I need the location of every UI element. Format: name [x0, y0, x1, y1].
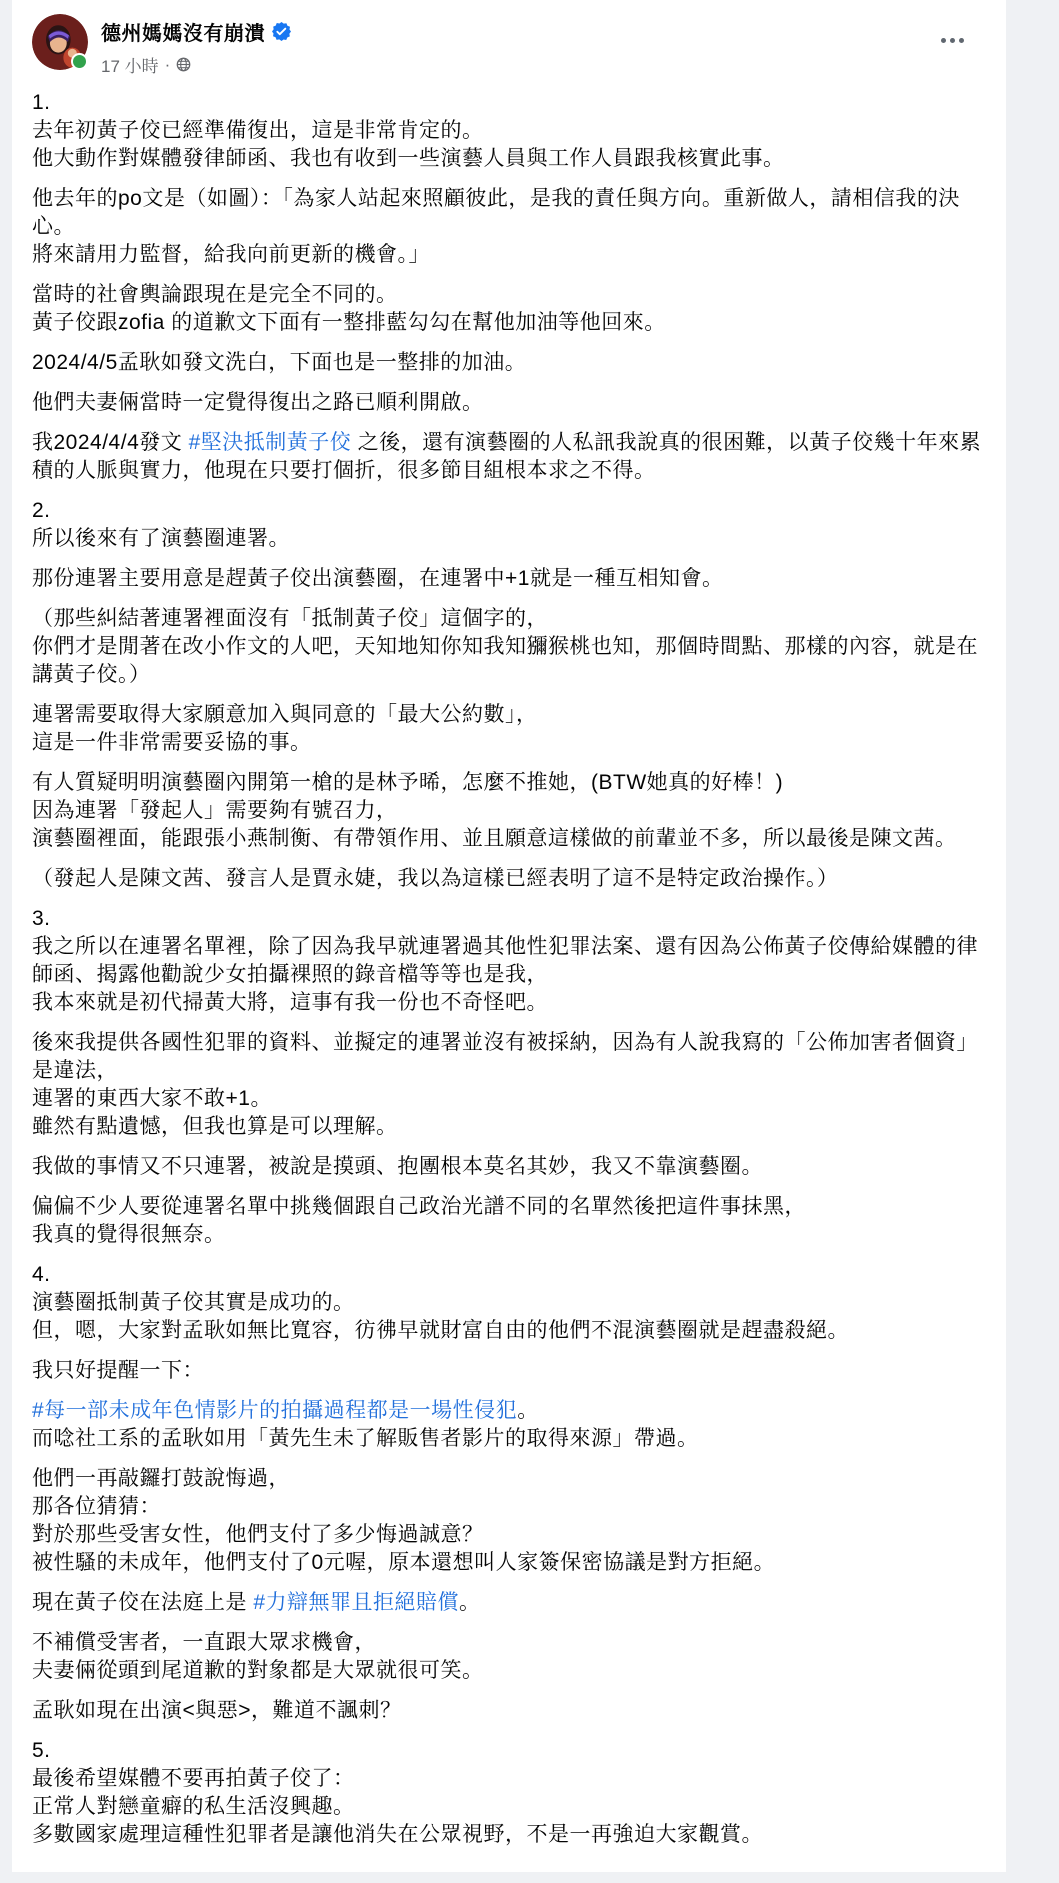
more-options-ellipsis-icon	[941, 38, 946, 43]
post-text-segment: 。	[517, 1399, 539, 1422]
post-text-segment: 多數國家處理這種性犯罪者是讓他消失在公眾視野，不是一再強迫大家觀賞。	[32, 1823, 763, 1846]
post-paragraph: 2024/4/5孟耿如發文洗白，下面也是一整排的加油。	[32, 349, 988, 377]
post-text-segment: 1.	[32, 91, 51, 114]
post-paragraph: 他們一再敲鑼打鼓說悔過，那各位猜猜：對於那些受害女性，他們支付了多少悔過誠意？被…	[32, 1465, 988, 1577]
post-paragraph: 不補償受害者，一直跟大眾求機會，夫妻倆從頭到尾道歉的對象都是大眾就很可笑。	[32, 1629, 988, 1685]
page-name[interactable]: 德州媽媽沒有崩潰	[101, 17, 265, 46]
globe-public-icon	[176, 57, 191, 72]
post-meta-row: 17 小時 ·	[101, 52, 291, 77]
post-paragraph: 2.所以後來有了演藝圈連署。	[32, 497, 988, 553]
post-text-segment: 所以後來有了演藝圈連署。	[32, 527, 290, 550]
avatar[interactable]	[32, 14, 88, 70]
post-header: 德州媽媽沒有崩潰 17 小時 ·	[12, 0, 1006, 81]
post-text-segment: 正常人對戀童癖的私生活沒興趣。	[32, 1795, 355, 1818]
post-paragraph: （發起人是陳文茜、發言人是賈永婕，我以為這樣已經表明了這不是特定政治操作。）	[32, 865, 988, 893]
post-text-segment: 我2024/4/4發文	[32, 431, 189, 454]
post-text-segment: 對於那些受害女性，他們支付了多少悔過誠意？	[32, 1523, 484, 1546]
post-text-segment: 演藝圈抵制黃子佼其實是成功的。	[32, 1291, 355, 1314]
online-green-dot	[71, 53, 88, 70]
post-text-segment: 不補償受害者，一直跟大眾求機會，	[32, 1631, 376, 1654]
post-text-segment: 當時的社會輿論跟現在是完全不同的。	[32, 283, 398, 306]
post-text-segment: 我做的事情又不只連署，被說是摸頭、抱團根本莫名其妙，我又不靠演藝圈。	[32, 1155, 763, 1178]
post-text-segment: 他大動作對媒體發律師函、我也有收到一些演藝人員與工作人員跟我核實此事。	[32, 147, 785, 170]
post-paragraph: 1.去年初黃子佼已經準備復出，這是非常肯定的。他大動作對媒體發律師函、我也有收到…	[32, 89, 988, 173]
post-paragraph: 我做的事情又不只連署，被說是摸頭、抱團根本莫名其妙，我又不靠演藝圈。	[32, 1153, 988, 1181]
post-text-segment: 這是一件非常需要妥協的事。	[32, 731, 312, 754]
post-text-segment: 5.	[32, 1739, 51, 1762]
hashtag-link[interactable]: #力辯無罪且拒絕賠償	[253, 1591, 459, 1614]
post-text-segment: 我真的覺得很無奈。	[32, 1223, 226, 1246]
post-text-segment: 3.	[32, 907, 51, 930]
post-text-segment: 雖然有點遺憾，但我也算是可以理解。	[32, 1115, 398, 1138]
post-text-segment: 被性騷的未成年，他們支付了0元喔，原本還想叫人家簽保密協議是對方拒絕。	[32, 1551, 775, 1574]
hashtag-link[interactable]: #每一部未成年色情影片的拍攝過程都是一場性侵犯	[32, 1399, 517, 1422]
post-text-segment: 偏偏不少人要從連署名單中挑幾個跟自己政治光譜不同的名單然後把這件事抹黑，	[32, 1195, 806, 1218]
more-options-button[interactable]	[935, 32, 970, 49]
post-text-segment: 那各位猜猜：	[32, 1495, 161, 1518]
post-text-segment: （那些糾結著連署裡面沒有「抵制黃子佼」這個字的，	[32, 607, 548, 630]
post-text-segment: 現在黃子佼在法庭上是	[32, 1591, 253, 1614]
post-paragraph: 孟耿如現在出演<與惡>，難道不諷刺？	[32, 1697, 988, 1725]
post-paragraph: 連署需要取得大家願意加入與同意的「最大公約數」，這是一件非常需要妥協的事。	[32, 701, 988, 757]
post-paragraph: 當時的社會輿論跟現在是完全不同的。黃子佼跟zofia 的道歉文下面有一整排藍勾勾…	[32, 281, 988, 337]
post-text-segment: 去年初黃子佼已經準備復出，這是非常肯定的。	[32, 119, 484, 142]
post-text-segment: 你們才是閒著在改小作文的人吧，天知地知你知我知獼猴桃也知，那個時間點、那樣的內容…	[32, 635, 978, 686]
post-card: 德州媽媽沒有崩潰 17 小時 ·	[12, 0, 1006, 1872]
post-text-segment: 連署的東西大家不敢+1。	[32, 1087, 272, 1110]
post-text-segment: 夫妻倆從頭到尾道歉的對象都是大眾就很可笑。	[32, 1659, 484, 1682]
post-text-segment: 他們夫妻倆當時一定覺得復出之路已順利開啟。	[32, 391, 484, 414]
post-paragraph: 他去年的po文是（如圖）：「為家人站起來照顧彼此，是我的責任與方向。重新做人，請…	[32, 185, 988, 269]
post-paragraph: 我2024/4/4發文 #堅決抵制黃子佼 之後，還有演藝圈的人私訊我說真的很困難…	[32, 429, 988, 485]
post-paragraph: 現在黃子佼在法庭上是 #力辯無罪且拒絕賠償。	[32, 1589, 988, 1617]
post-text-segment: 演藝圈裡面，能跟張小燕制衡、有帶領作用、並且願意這樣做的前輩並不多，所以最後是陳…	[32, 827, 957, 850]
post-text-segment: 。	[459, 1591, 481, 1614]
post-text-segment: 有人質疑明明演藝圈內開第一槍的是林予晞，怎麼不推她，(BTW她真的好棒！)	[32, 771, 783, 794]
post-body: 1.去年初黃子佼已經準備復出，這是非常肯定的。他大動作對媒體發律師函、我也有收到…	[12, 81, 1006, 1849]
post-text-segment: 孟耿如現在出演<與惡>，難道不諷刺？	[32, 1699, 402, 1722]
post-paragraph: 我只好提醒一下：	[32, 1357, 988, 1385]
post-text-segment: 將來請用力監督，給我向前更新的機會。」	[32, 243, 430, 266]
post-text-segment: 後來我提供各國性犯罪的資料、並擬定的連署並沒有被採納，因為有人說我寫的「公佈加害…	[32, 1031, 978, 1082]
meta-separator: ·	[165, 55, 171, 75]
page-name-row: 德州媽媽沒有崩潰	[101, 17, 291, 46]
post-text-segment: 他們一再敲鑼打鼓說悔過，	[32, 1467, 290, 1490]
post-paragraph: 他們夫妻倆當時一定覺得復出之路已順利開啟。	[32, 389, 988, 417]
post-paragraph: 5.最後希望媒體不要再拍黃子佼了：正常人對戀童癖的私生活沒興趣。多數國家處理這種…	[32, 1737, 988, 1849]
post-paragraph: 3.我之所以在連署名單裡，除了因為我早就連署過其他性犯罪法案、還有因為公佈黃子佼…	[32, 905, 988, 1017]
post-paragraph: #每一部未成年色情影片的拍攝過程都是一場性侵犯。而唸社工系的孟耿如用「黃先生未了…	[32, 1397, 988, 1453]
post-text-segment: 我只好提醒一下：	[32, 1359, 204, 1382]
post-timestamp[interactable]: 17 小時	[101, 52, 159, 77]
post-text-segment: 但，嗯，大家對孟耿如無比寬容，彷彿早就財富自由的他們不混演藝圈就是趕盡殺絕。	[32, 1319, 849, 1342]
post-text-segment: 而唸社工系的孟耿如用「黃先生未了解販售者影片的取得來源」帶過。	[32, 1427, 699, 1450]
verified-badge-icon	[272, 22, 291, 41]
post-text-segment: 那份連署主要用意是趕黃子佼出演藝圈，在連署中+1就是一種互相知會。	[32, 567, 723, 590]
post-paragraph: （那些糾結著連署裡面沒有「抵制黃子佼」這個字的，你們才是閒著在改小作文的人吧，天…	[32, 605, 988, 689]
post-text-segment: 連署需要取得大家願意加入與同意的「最大公約數」，	[32, 703, 538, 726]
post-text-segment: 我本來就是初代掃黃大將，這事有我一份也不奇怪吧。	[32, 991, 548, 1014]
post-paragraph: 偏偏不少人要從連署名單中挑幾個跟自己政治光譜不同的名單然後把這件事抹黑，我真的覺…	[32, 1193, 988, 1249]
post-paragraph: 後來我提供各國性犯罪的資料、並擬定的連署並沒有被採納，因為有人說我寫的「公佈加害…	[32, 1029, 988, 1141]
post-text-segment: 4.	[32, 1263, 51, 1286]
post-header-text: 德州媽媽沒有崩潰 17 小時 ·	[101, 14, 291, 77]
post-text-segment: 他去年的po文是（如圖）：「為家人站起來照顧彼此，是我的責任與方向。重新做人，請…	[32, 187, 960, 238]
hashtag-link[interactable]: #堅決抵制黃子佼	[189, 431, 352, 454]
post-text-segment: 2.	[32, 499, 51, 522]
post-text-segment: 我之所以在連署名單裡，除了因為我早就連署過其他性犯罪法案、還有因為公佈黃子佼傳給…	[32, 935, 978, 986]
post-text-segment: （發起人是陳文茜、發言人是賈永婕，我以為這樣已經表明了這不是特定政治操作。）	[32, 867, 839, 890]
post-paragraph: 那份連署主要用意是趕黃子佼出演藝圈，在連署中+1就是一種互相知會。	[32, 565, 988, 593]
post-paragraph: 4.演藝圈抵制黃子佼其實是成功的。但，嗯，大家對孟耿如無比寬容，彷彿早就財富自由…	[32, 1261, 988, 1345]
post-paragraph: 有人質疑明明演藝圈內開第一槍的是林予晞，怎麼不推她，(BTW她真的好棒！)因為連…	[32, 769, 988, 853]
post-text-segment: 因為連署「發起人」需要夠有號召力，	[32, 799, 398, 822]
post-text-segment: 2024/4/5孟耿如發文洗白，下面也是一整排的加油。	[32, 351, 526, 374]
post-text-segment: 最後希望媒體不要再拍黃子佼了：	[32, 1767, 355, 1790]
post-text-segment: 黃子佼跟zofia 的道歉文下面有一整排藍勾勾在幫他加油等他回來。	[32, 311, 666, 334]
